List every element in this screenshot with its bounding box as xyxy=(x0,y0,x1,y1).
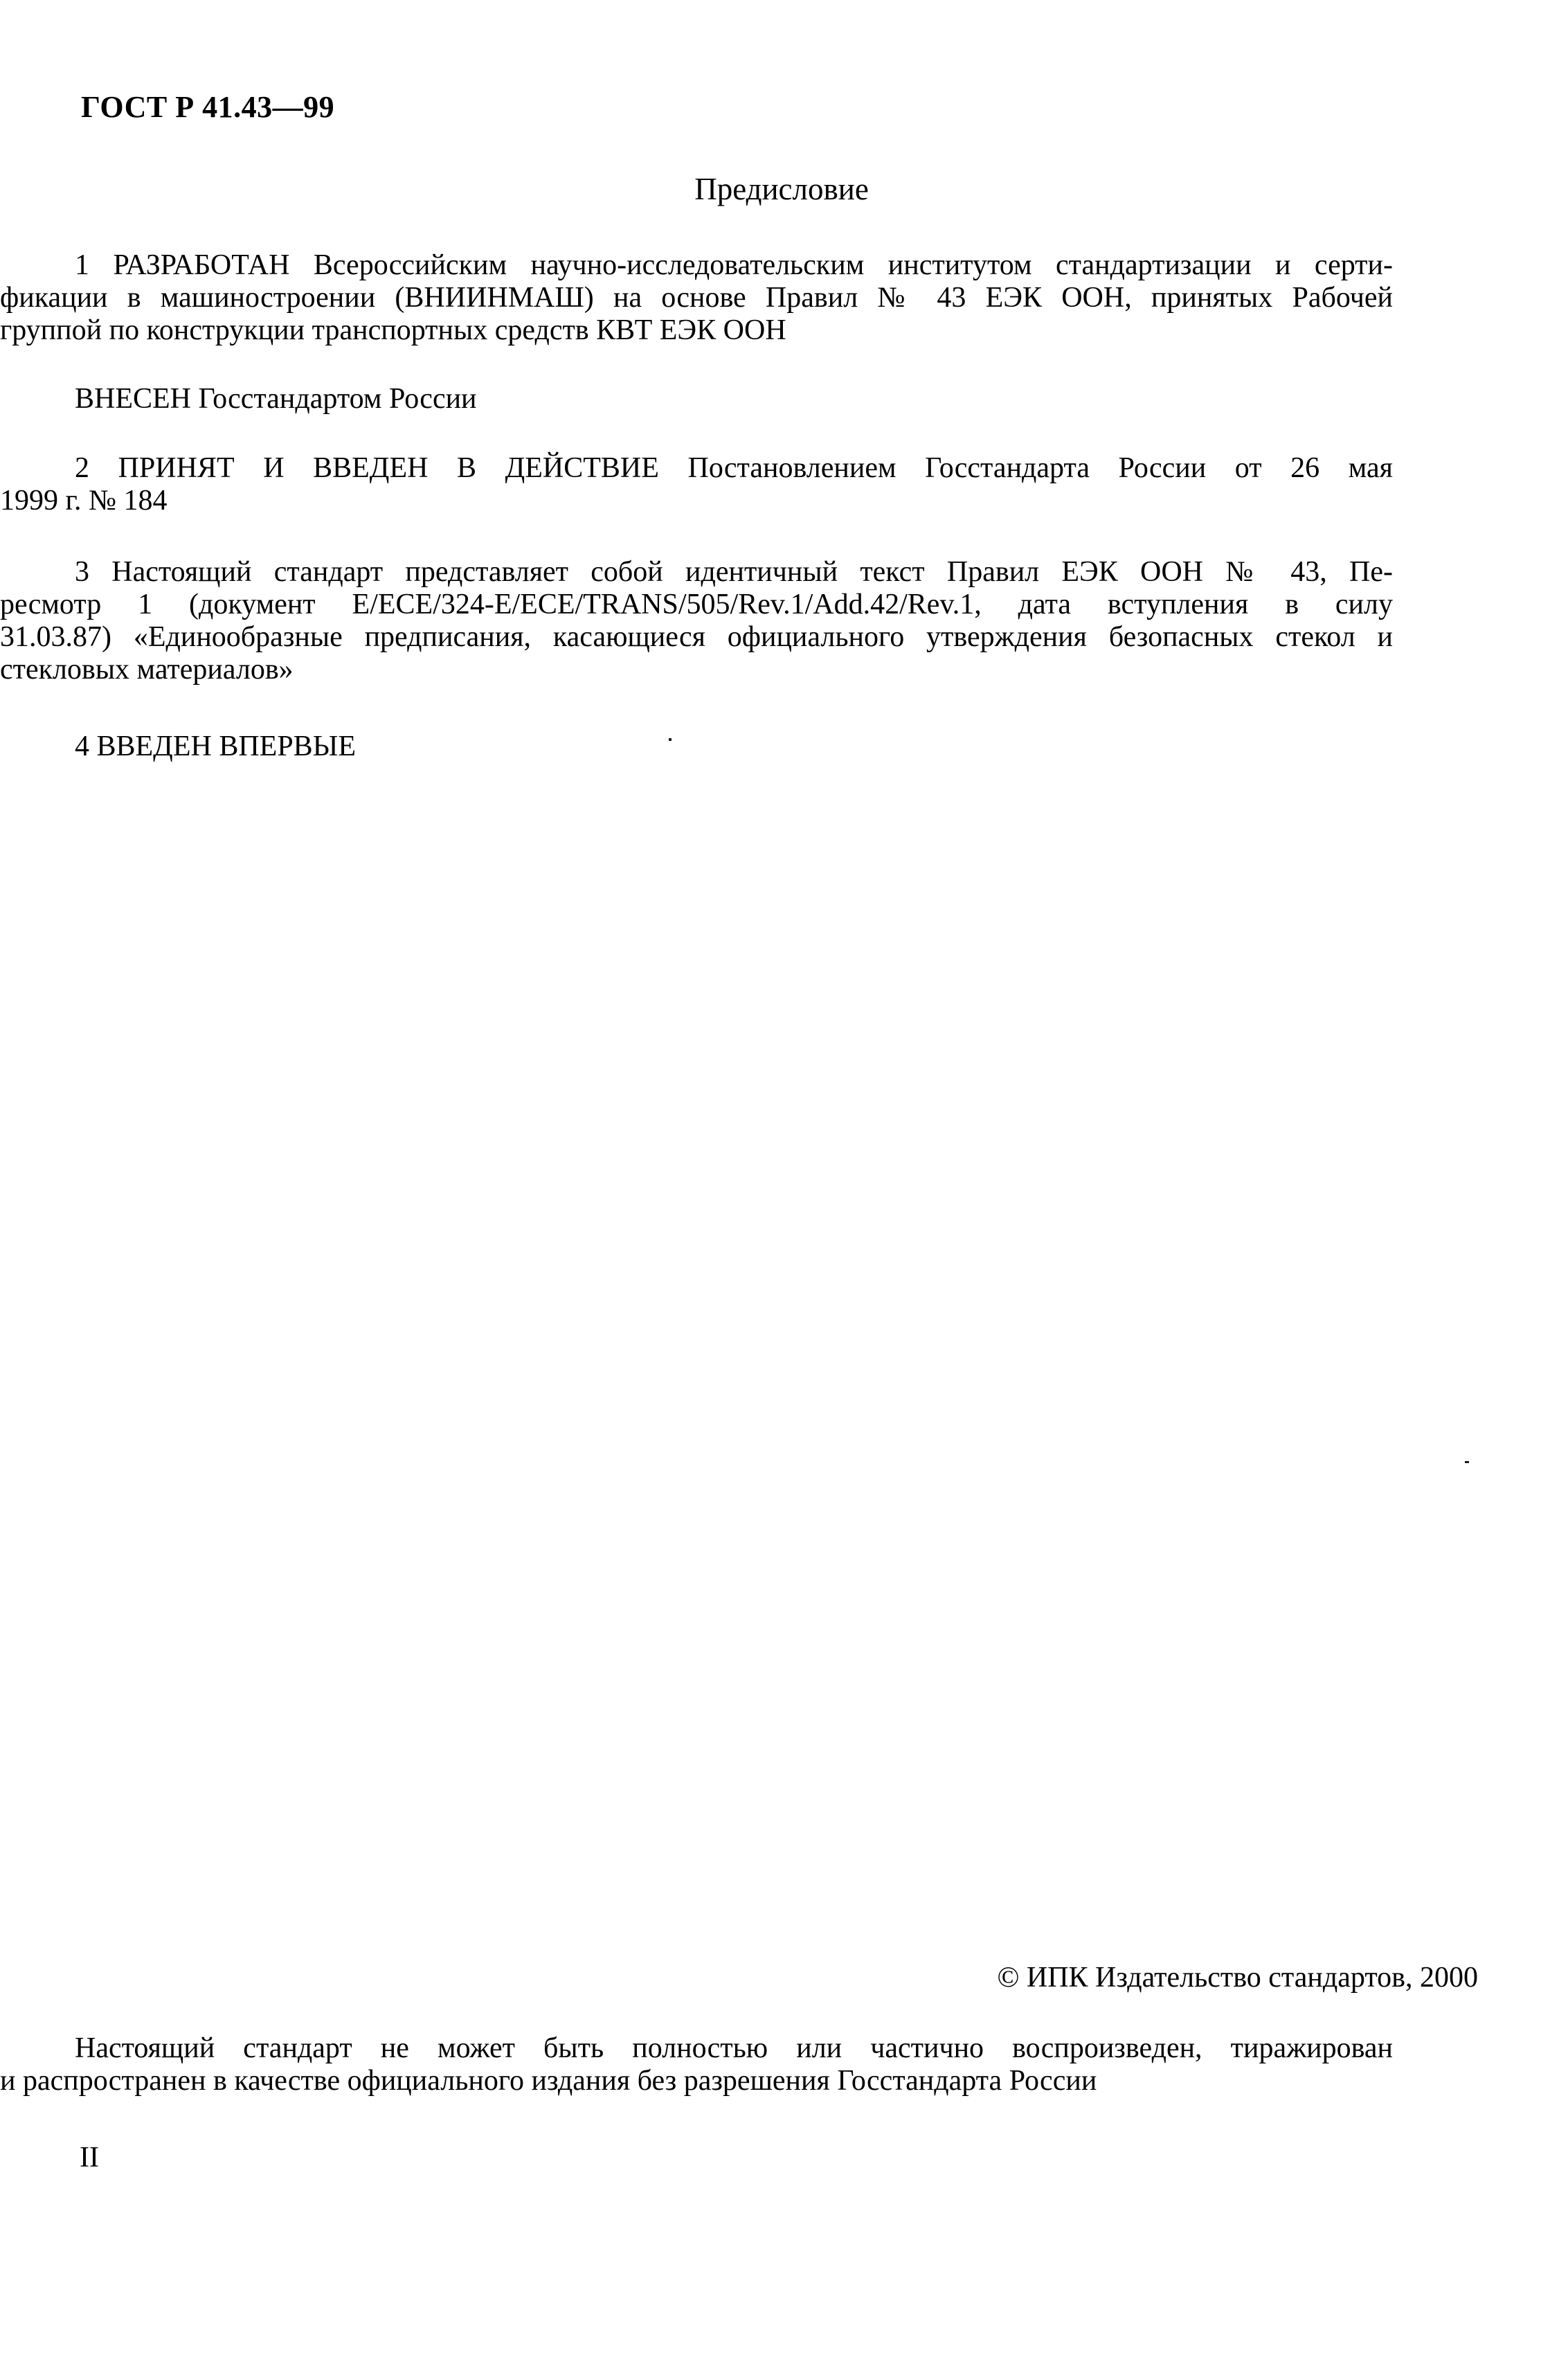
standard-designation: ГОСТ Р 41.43—99 xyxy=(81,91,334,123)
reproduction-restriction: Настоящий стандарт не может быть полност… xyxy=(0,2032,1393,2097)
preface-title: Предисловие xyxy=(85,173,1478,206)
preface-item-3-identical-text: 3 Настоящий стандарт представляет собой … xyxy=(0,556,1393,686)
preface-item-submitted: ВНЕСЕН Госстандартом России xyxy=(0,383,1393,415)
text-line: 31.03.87) «Единообразные предписания, ка… xyxy=(0,621,1393,654)
preface-item-1-developed: 1 РАЗРАБОТАН Всероссийским научно-исслед… xyxy=(0,249,1393,347)
text-line: ВНЕСЕН Госстандартом России xyxy=(0,383,1393,415)
text-line: и распространен в качестве официального … xyxy=(0,2065,1393,2097)
text-line: 2 ПРИНЯТ И ВВЕДЕН В ДЕЙСТВИЕ Постановлен… xyxy=(0,452,1393,485)
text-line: 3 Настоящий стандарт представляет собой … xyxy=(0,556,1393,589)
text-line: 4 ВВЕДЕН ВПЕРВЫЕ xyxy=(0,731,1393,763)
scan-speck xyxy=(669,738,672,741)
text-line: группой по конструкции транспортных сред… xyxy=(0,314,1393,347)
copyright-notice: © ИПК Издательство стандартов, 2000 xyxy=(85,1962,1478,1994)
scan-speck xyxy=(1465,1461,1469,1463)
preface-item-2-adopted: 2 ПРИНЯТ И ВВЕДЕН В ДЕЙСТВИЕ Постановлен… xyxy=(0,452,1393,517)
text-line: Настоящий стандарт не может быть полност… xyxy=(0,2032,1393,2065)
page-number: II xyxy=(80,2142,99,2174)
text-line: ресмотр 1 (документ E/ECE/324-E/ECE/TRAN… xyxy=(0,589,1393,621)
text-line: 1 РАЗРАБОТАН Всероссийским научно-исслед… xyxy=(0,249,1393,282)
text-line: фикации в машиностроении (ВНИИНМАШ) на о… xyxy=(0,282,1393,314)
text-line: стекловых материалов» xyxy=(0,654,1393,686)
text-line: 1999 г. № 184 xyxy=(0,485,1393,517)
preface-item-4-first-edition: 4 ВВЕДЕН ВПЕРВЫЕ xyxy=(0,731,1393,763)
document-page: ГОСТ Р 41.43—99 Предисловие 1 РАЗРАБОТАН… xyxy=(0,0,1568,2373)
